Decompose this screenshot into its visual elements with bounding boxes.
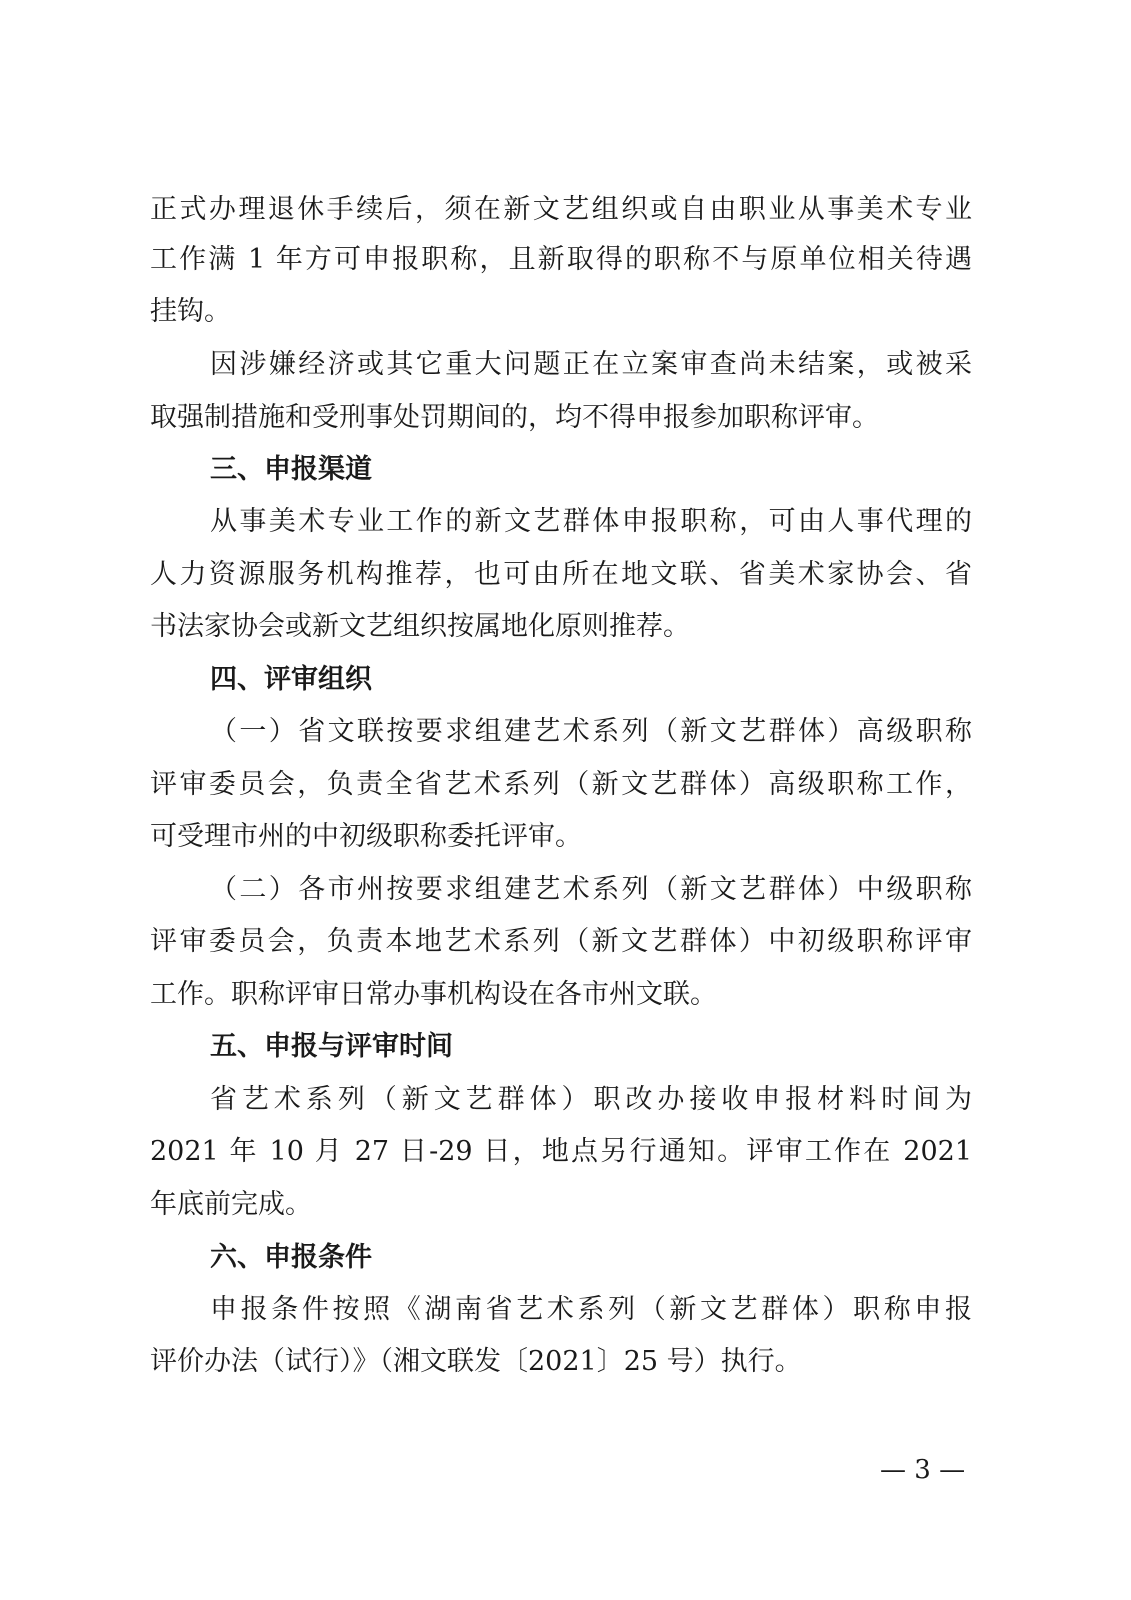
document-page: 正式办理退休手续后，须在新文艺组织或自由职业从事美术专业 工作满 1 年方可申报… bbox=[0, 0, 1131, 1600]
paragraph-line: （一）省文联按要求组建艺术系列（新文艺群体）高级职称 bbox=[210, 712, 972, 752]
page-number: — 3 — bbox=[880, 1450, 965, 1490]
paragraph-line: （二）各市州按要求组建艺术系列（新文艺群体）中级职称 bbox=[210, 870, 972, 910]
paragraph-line: 2021 年 10 月 27 日-29 日，地点另行通知。评审工作在 2021 bbox=[150, 1132, 972, 1172]
paragraph-line: 因涉嫌经济或其它重大问题正在立案审查尚未结案，或被采 bbox=[210, 345, 972, 385]
paragraph-line: 可受理市州的中初级职称委托评审。 bbox=[150, 817, 972, 857]
paragraph-line: 书法家协会或新文艺组织按属地化原则推荐。 bbox=[150, 607, 972, 647]
paragraph-line: 年底前完成。 bbox=[150, 1185, 972, 1225]
paragraph-line: 正式办理退休手续后，须在新文艺组织或自由职业从事美术专业 bbox=[150, 190, 972, 230]
paragraph-line: 评审委员会，负责本地艺术系列（新文艺群体）中初级职称评审 bbox=[150, 922, 972, 962]
paragraph-line: 评审委员会，负责全省艺术系列（新文艺群体）高级职称工作， bbox=[150, 765, 972, 805]
paragraph-line: 取强制措施和受刑事处罚期间的，均不得申报参加职称评审。 bbox=[150, 398, 972, 438]
section-heading-schedule: 五、申报与评审时间 bbox=[210, 1027, 453, 1067]
paragraph-line: 申报条件按照《湖南省艺术系列（新文艺群体）职称申报 bbox=[210, 1290, 972, 1330]
paragraph-line: 挂钩。 bbox=[150, 292, 972, 332]
paragraph-line: 工作。职称评审日常办事机构设在各市州文联。 bbox=[150, 975, 972, 1015]
paragraph-line: 从事美术专业工作的新文艺群体申报职称，可由人事代理的 bbox=[210, 502, 972, 542]
section-heading-organization: 四、评审组织 bbox=[210, 660, 372, 700]
paragraph-line: 评价办法（试行）》（湘文联发〔2021〕25 号）执行。 bbox=[150, 1342, 972, 1382]
section-heading-conditions: 六、申报条件 bbox=[210, 1238, 372, 1278]
paragraph-line: 省艺术系列（新文艺群体）职改办接收申报材料时间为 bbox=[210, 1080, 972, 1120]
paragraph-line: 工作满 1 年方可申报职称，且新取得的职称不与原单位相关待遇 bbox=[150, 240, 972, 280]
paragraph-line: 人力资源服务机构推荐，也可由所在地文联、省美术家协会、省 bbox=[150, 555, 972, 595]
section-heading-channels: 三、申报渠道 bbox=[210, 450, 372, 490]
